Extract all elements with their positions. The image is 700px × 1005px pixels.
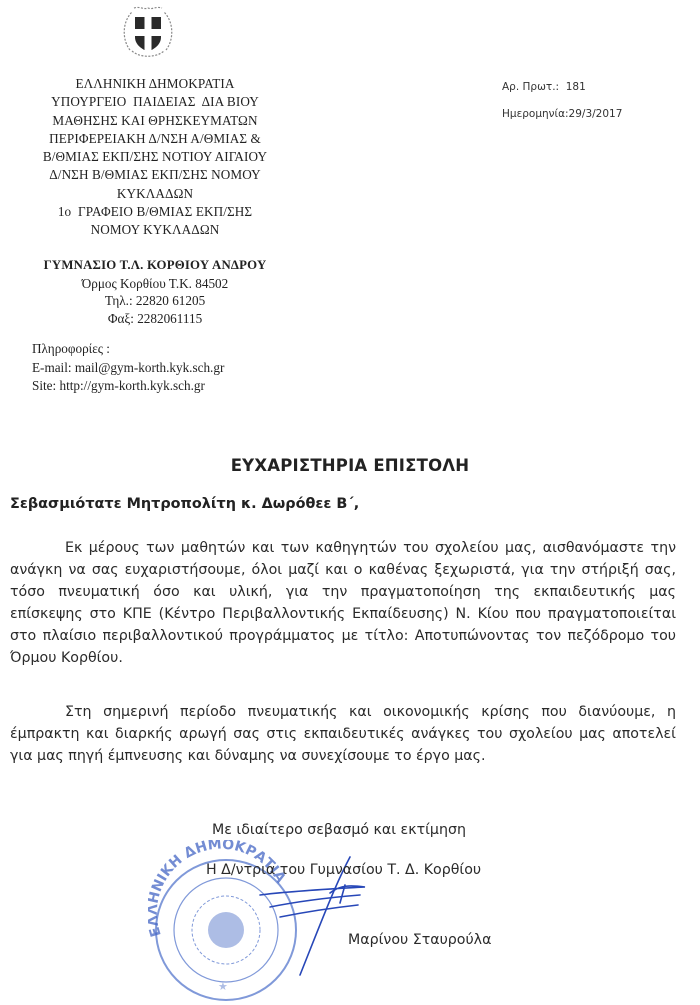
info-label: Πληροφορίες : <box>32 340 224 359</box>
paragraph-line: στο πλαίσιο περιβαλλοντικού προγράμματος… <box>10 625 676 647</box>
header-line: ΥΠΟΥΡΓΕΙΟ ΠΑΙΔΕΙΑΣ ΔΙΑ ΒΙΟΥ <box>20 93 290 111</box>
paragraph-line: επίσκεψης στο ΚΠΕ (Κέντρο Περιβαλλοντική… <box>10 603 676 625</box>
signer-role: Η Δ/ντρια του Γυμνασίου Τ. Δ. Κορθίου <box>206 862 481 878</box>
school-block: ΓΥΜΝΑΣΙΟ Τ.Λ. ΚΟΡΘΙΟΥ ΑΝΔΡΟΥ Όρμος Κορθί… <box>20 257 290 328</box>
school-fax: Φαξ: 2282061115 <box>20 310 290 328</box>
closing-line: Με ιδιαίτερο σεβασμό και εκτίμηση <box>212 822 466 838</box>
letter-title: ΕΥΧΑΡΙΣΤΗΡΙΑ ΕΠΙΣΤΟΛΗ <box>0 456 700 475</box>
header-line: 1ο ΓΡΑΦΕΙΟ Β/ΘΜΙΑΣ ΕΚΠ/ΣΗΣ <box>20 203 290 221</box>
document-date: Ημερομηνία:29/3/2017 <box>502 107 622 121</box>
svg-text:★: ★ <box>218 980 228 993</box>
header-line: ΜΑΘΗΣΗΣ ΚΑΙ ΘΡΗΣΚΕΥΜΑΤΩΝ <box>20 112 290 130</box>
paragraph-line: Όρμου Κορθίου. <box>10 647 676 669</box>
paragraph-line: τόσο πνευματική όσο και υλική, για την π… <box>10 581 676 603</box>
paragraph-line: Στη σημερινή περίοδο πνευματικής και οικ… <box>10 701 676 723</box>
paragraph-line: Εκ μέρους των μαθητών και των καθηγητών … <box>10 537 676 559</box>
email-line: E-mail: mail@gym-korth.kyk.sch.gr <box>32 359 224 378</box>
school-name: ΓΥΜΝΑΣΙΟ Τ.Λ. ΚΟΡΘΙΟΥ ΑΝΔΡΟΥ <box>20 257 290 275</box>
header-line: Δ/ΝΣΗ Β/ΘΜΙΑΣ ΕΚΠ/ΣΗΣ ΝΟΜΟΥ <box>20 166 290 184</box>
paragraph-line: έμπρακτη και διαρκής αρωγή σας στις εκπα… <box>10 723 676 745</box>
greek-coat-of-arms-icon <box>118 4 178 60</box>
header-line: ΚΥΚΛΑΔΩΝ <box>20 185 290 203</box>
salutation: Σεβασμιότατε Μητροπολίτη κ. Δωρόθεε Β΄, <box>10 496 359 512</box>
protocol-number: Αρ. Πρωτ.: 181 <box>502 80 586 94</box>
header-line: ΕΛΛΗΝΙΚΗ ΔΗΜΟΚΡΑΤΙΑ <box>20 75 290 93</box>
header-line: ΠΕΡΙΦΕΡΕΙΑΚΗ Δ/ΝΣΗ Α/ΘΜΙΑΣ & <box>20 130 290 148</box>
signer-name: Μαρίνου Σταυρούλα <box>348 932 491 948</box>
paragraph-2: Στη σημερινή περίοδο πνευματικής και οικ… <box>10 701 676 767</box>
site-line: Site: http://gym-korth.kyk.sch.gr <box>32 377 224 396</box>
paragraph-1: Εκ μέρους των μαθητών και των καθηγητών … <box>10 537 676 669</box>
header-line: ΝΟΜΟΥ ΚΥΚΛΑΔΩΝ <box>20 221 290 239</box>
contact-info: Πληροφορίες : E-mail: mail@gym-korth.kyk… <box>32 340 224 396</box>
header-line: Β/ΘΜΙΑΣ ΕΚΠ/ΣΗΣ ΝΟΤΙΟΥ ΑΙΓΑΙΟΥ <box>20 148 290 166</box>
ministry-header: ΕΛΛΗΝΙΚΗ ΔΗΜΟΚΡΑΤΙΑ ΥΠΟΥΡΓΕΙΟ ΠΑΙΔΕΙΑΣ Δ… <box>20 75 290 240</box>
school-address: Όρμος Κορθίου Τ.Κ. 84502 <box>20 275 290 293</box>
school-phone: Τηλ.: 22820 61205 <box>20 292 290 310</box>
paragraph-line: ανάγκη να σας ευχαριστήσουμε, όλοι μαζί … <box>10 559 676 581</box>
paragraph-line: για μας πηγή έμπνευσης και δύναμης να συ… <box>10 745 676 767</box>
